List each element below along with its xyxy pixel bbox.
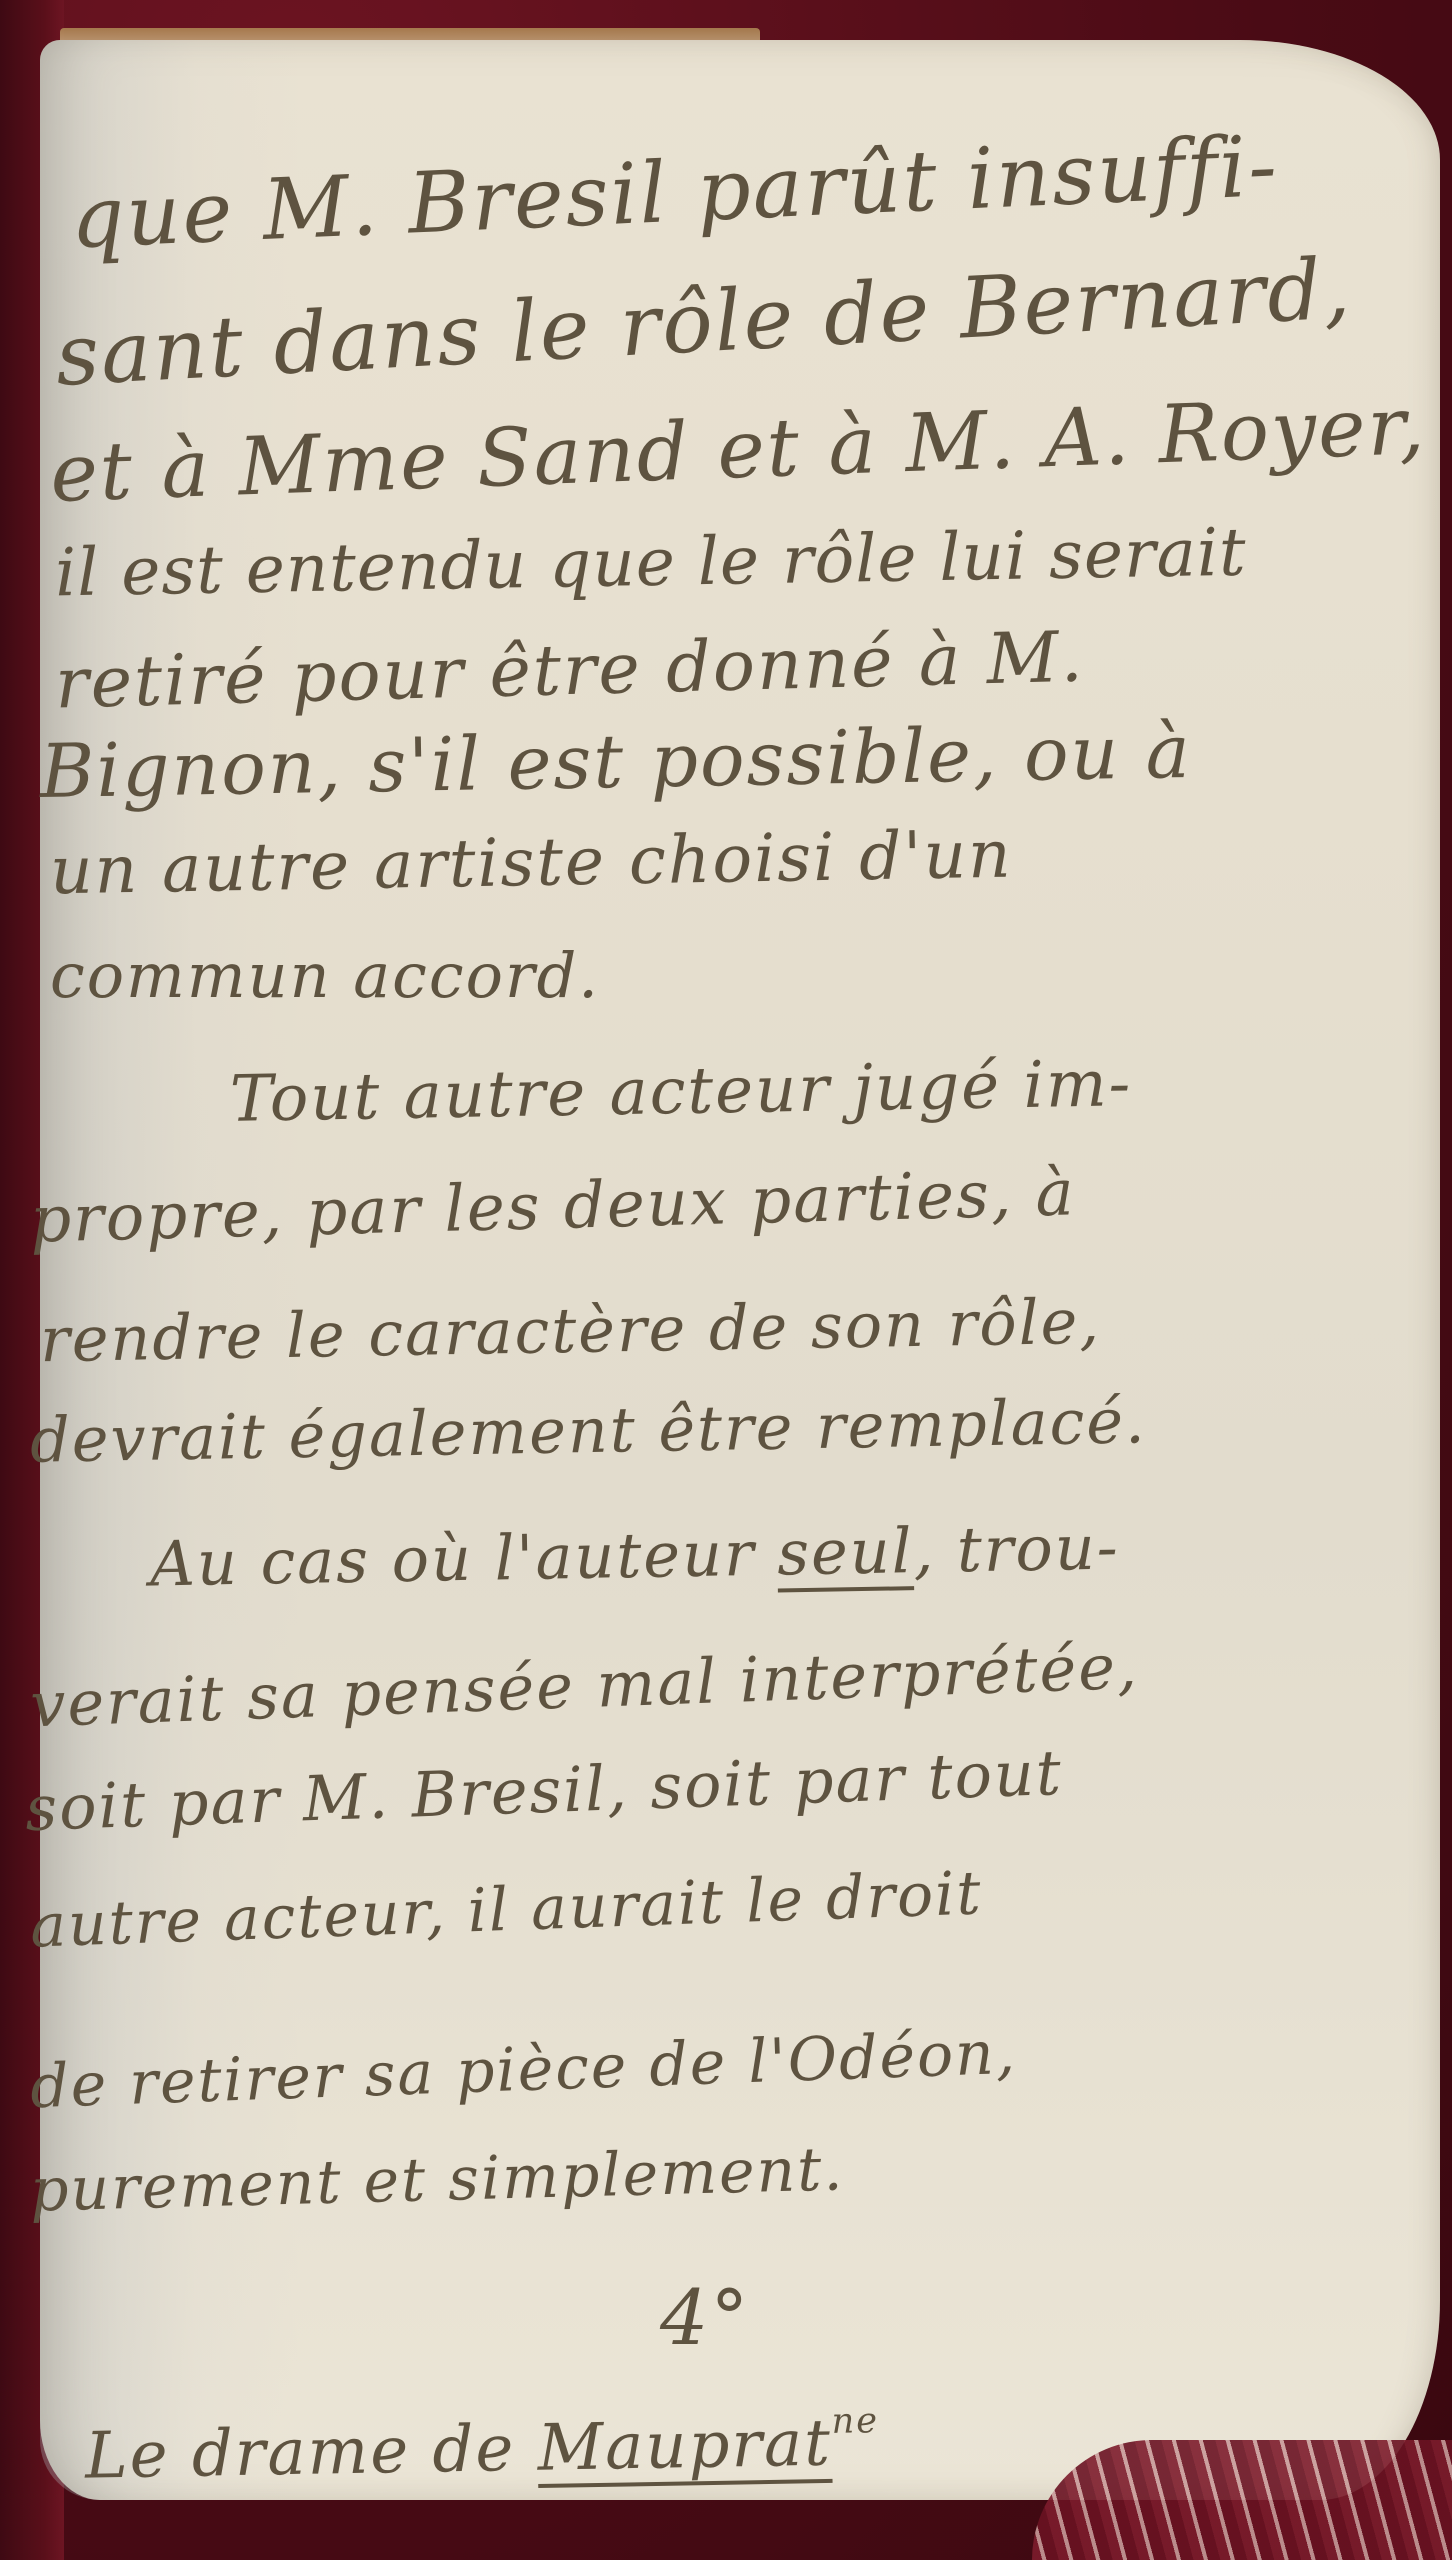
velvet-fringe xyxy=(1032,2440,1452,2560)
line-20-before: Le drame de xyxy=(84,2412,538,2494)
manuscript-line-8: commun accord. xyxy=(50,945,600,1007)
underlined-word-mauprat: Mauprat xyxy=(537,2407,833,2486)
superscript-ne: ne xyxy=(831,2400,879,2442)
underlined-word-seul: seul xyxy=(777,1514,915,1589)
page-fold-shading xyxy=(40,40,300,2500)
manuscript-line-9: Tout autre acteur jugé im- xyxy=(230,1052,1133,1132)
section-number: 4° xyxy=(660,2280,750,2356)
manuscript-line-12: devrait également être remplacé. xyxy=(30,1390,1148,1471)
manuscript-line-6: Bignon, s'il est possible, ou à xyxy=(39,715,1192,809)
line-13-after: , trou- xyxy=(913,1511,1120,1588)
manuscript-line-13: Au cas où l'auteur seul, trou- xyxy=(150,1517,1121,1596)
manuscript-line-11: rendre le caractère de son rôle, xyxy=(40,1291,1102,1372)
line-13-before: Au cas où l'auteur xyxy=(149,1517,777,1601)
manuscript-line-7: un autre artiste choisi d'un xyxy=(49,822,1013,905)
manuscript-line-20: Le drame de Maupratne xyxy=(84,2403,880,2489)
manuscript-line-4: il est entendu que le rôle lui serait xyxy=(55,520,1248,607)
